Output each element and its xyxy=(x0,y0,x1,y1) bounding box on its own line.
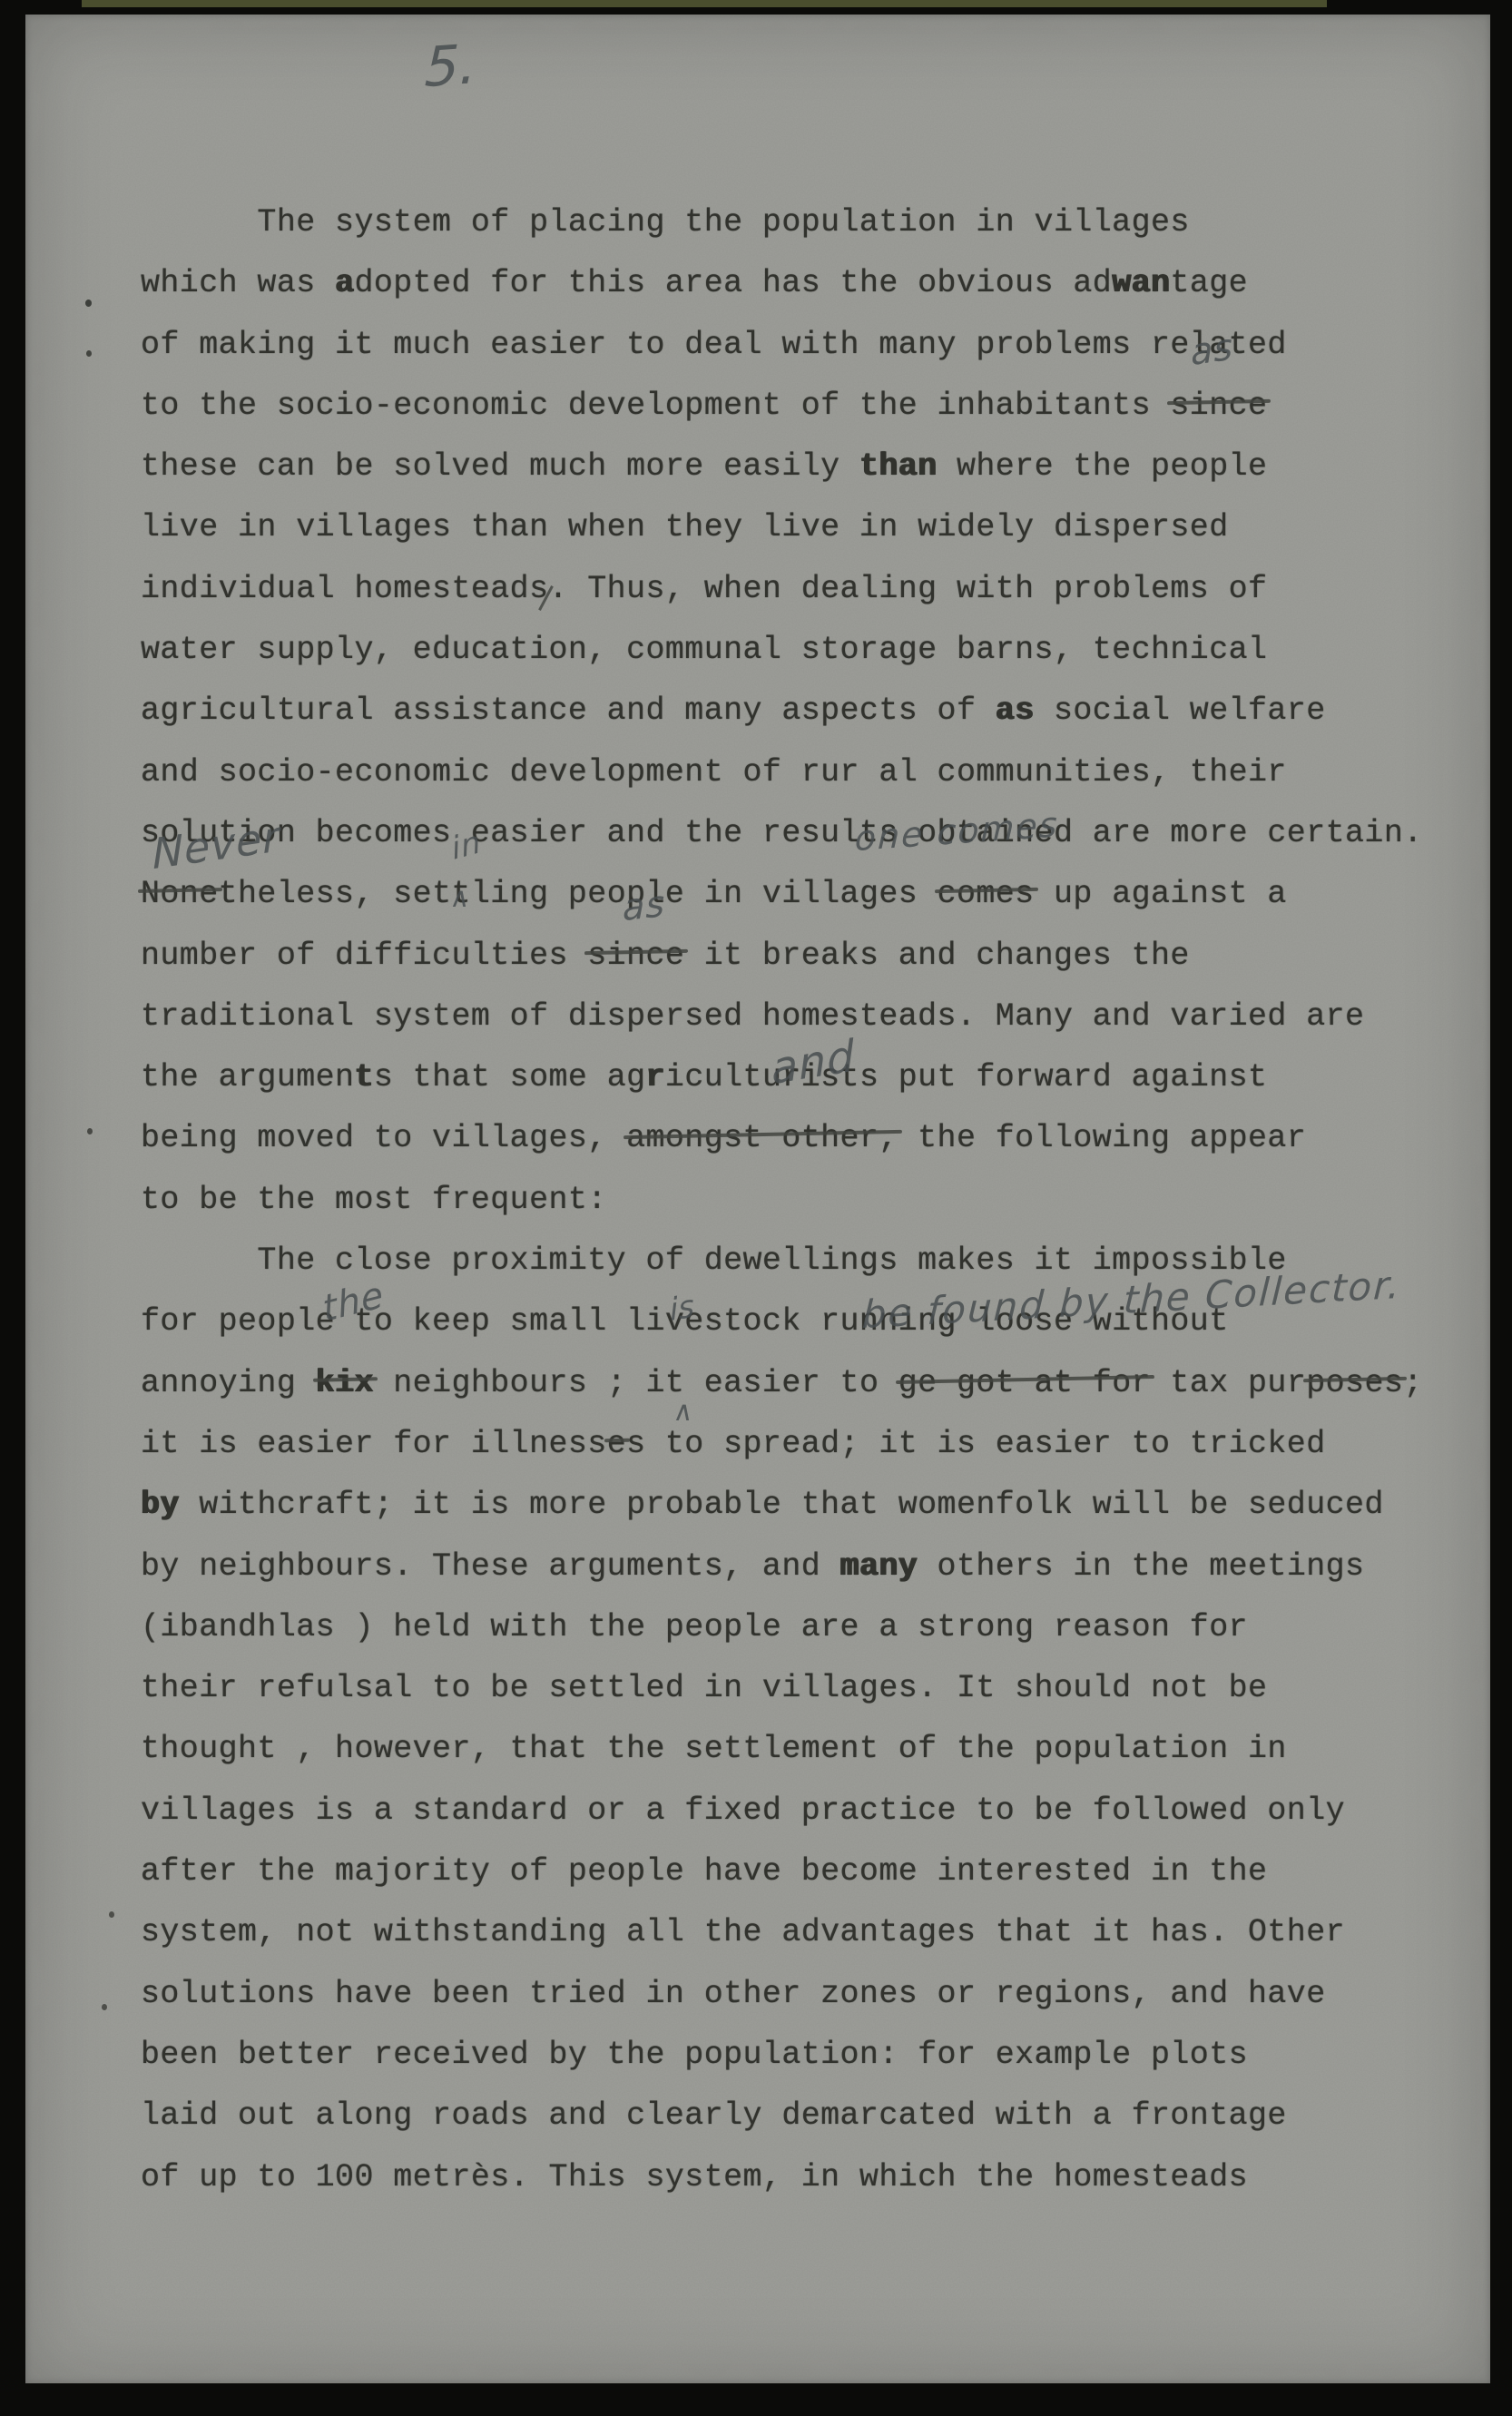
stray-slash xyxy=(538,585,554,611)
margin-dot-5 xyxy=(102,2004,107,2010)
margin-dot-4 xyxy=(109,1911,114,1918)
margin-dot-3 xyxy=(87,1128,93,1134)
margin-dot-2 xyxy=(86,350,92,357)
scanned-page: The system of placing the population in … xyxy=(0,0,1512,2416)
scan-edge-strip xyxy=(82,0,1327,7)
marks-layer xyxy=(0,0,1512,2416)
margin-dot-1 xyxy=(85,300,92,307)
